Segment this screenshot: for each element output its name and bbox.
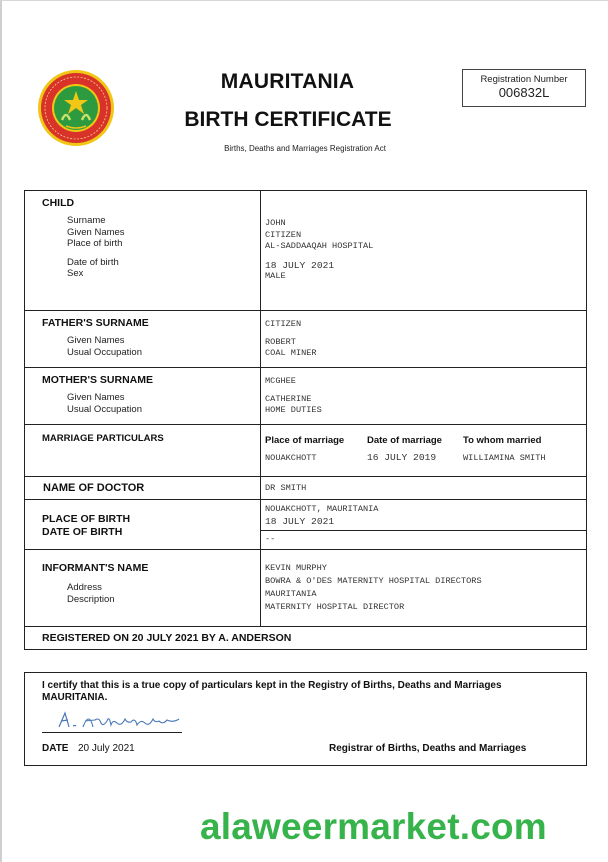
father-given-names-label: Given Names	[42, 335, 260, 347]
country-title: MAURITANIA	[180, 70, 395, 94]
marriage-spouse-value: WILLIAMINA SMITH	[463, 453, 546, 463]
father-occupation-label: Usual Occupation	[42, 347, 260, 359]
marriage-heading: MARRIAGE PARTICULARS	[42, 425, 260, 444]
doctor-value: DR SMITH	[261, 483, 586, 495]
father-section: FATHER'S SURNAME Given Names Usual Occup…	[25, 311, 586, 368]
informant-description-label: Description	[42, 594, 260, 606]
doctor-section: NAME OF DOCTOR DR SMITH	[25, 477, 586, 500]
informant-description-value: MATERNITY HOSPITAL DIRECTOR	[261, 601, 586, 614]
doctor-heading: NAME OF DOCTOR	[43, 477, 260, 494]
certification-box: I certify that this is a true copy of pa…	[24, 672, 587, 766]
date-of-birth-heading: DATE OF BIRTH	[42, 526, 260, 539]
watermark-text: alaweermarket.com	[200, 806, 547, 848]
marriage-date-header: Date of marriage	[367, 435, 442, 446]
national-seal-icon	[36, 68, 116, 148]
certification-line-2: MAURITANIA.	[42, 692, 582, 704]
father-heading: FATHER'S SURNAME	[42, 311, 260, 329]
father-surname-value: CITIZEN	[261, 319, 586, 331]
place-of-birth-heading: PLACE OF BIRTH	[42, 500, 260, 526]
mother-given-names-label: Given Names	[42, 392, 260, 404]
informant-address-line2: MAURITANIA	[261, 588, 586, 601]
marriage-date-value: 16 JULY 2019	[367, 452, 436, 463]
signature-line	[42, 732, 182, 733]
certification-text: I certify that this is a true copy of pa…	[42, 680, 582, 703]
registration-number: 006832L	[463, 85, 585, 100]
child-sex-label: Sex	[42, 268, 260, 280]
mother-section: MOTHER'S SURNAME Given Names Usual Occup…	[25, 368, 586, 425]
certification-date-value: 20 July 2021	[78, 743, 135, 754]
child-given-names-label: Given Names	[42, 227, 260, 239]
informant-name-value: KEVIN MURPHY	[261, 562, 586, 575]
mother-occupation-label: Usual Occupation	[42, 404, 260, 416]
informant-address-label: Address	[42, 582, 260, 594]
father-given-names-value: ROBERT	[261, 337, 586, 349]
marriage-place-header: Place of marriage	[265, 435, 344, 446]
certification-date-label: DATE	[42, 743, 68, 754]
informant-address-line1: BOWRA & O'DES MATERNITY HOSPITAL DIRECTO…	[261, 575, 586, 588]
birth-place-value: NOUAKCHOTT, MAURITANIA	[261, 504, 586, 516]
certification-line-1: I certify that this is a true copy of pa…	[42, 680, 582, 692]
child-section: CHILD Surname Given Names Place of birth…	[25, 191, 586, 311]
child-place-of-birth-label: Place of birth	[42, 238, 260, 250]
registration-label: Registration Number	[463, 74, 585, 85]
child-given-names-value: CITIZEN	[261, 230, 586, 242]
registered-statement: REGISTERED ON 20 JULY 2021 BY A. ANDERSO…	[25, 627, 291, 649]
birth-extra-value: --	[261, 531, 586, 546]
child-heading: CHILD	[42, 191, 260, 209]
document-title: BIRTH CERTIFICATE	[170, 108, 406, 132]
mother-given-names-value: CATHERINE	[261, 394, 586, 406]
mother-heading: MOTHER'S SURNAME	[42, 368, 260, 386]
child-surname-label: Surname	[42, 215, 260, 227]
child-date-of-birth-label: Date of birth	[42, 257, 260, 269]
place-date-of-birth-section: PLACE OF BIRTH DATE OF BIRTH NOUAKCHOTT,…	[25, 500, 586, 550]
marriage-section: MARRIAGE PARTICULARS Place of marriage D…	[25, 425, 586, 477]
child-sex-value: MALE	[261, 271, 586, 283]
registered-section: REGISTERED ON 20 JULY 2021 BY A. ANDERSO…	[25, 627, 586, 649]
birth-date-value: 18 JULY 2021	[261, 516, 586, 528]
registrar-title: Registrar of Births, Deaths and Marriage…	[329, 743, 526, 754]
mother-occupation-value: HOME DUTIES	[261, 405, 586, 417]
child-surname-value: JOHN	[261, 218, 586, 230]
father-occupation-value: COAL MINER	[261, 348, 586, 360]
informant-heading: INFORMANT'S NAME	[42, 550, 260, 574]
registration-number-box: Registration Number 006832L	[462, 69, 586, 107]
mother-surname-value: MCGHEE	[261, 376, 586, 388]
child-place-of-birth-value: AL-SADDAAQAH HOSPITAL	[261, 241, 586, 253]
act-subtitle: Births, Deaths and Marriages Registratio…	[205, 144, 405, 153]
registrar-signature	[55, 705, 185, 733]
informant-section: INFORMANT'S NAME Address Description KEV…	[25, 550, 586, 627]
certificate-table: CHILD Surname Given Names Place of birth…	[24, 190, 587, 650]
marriage-spouse-header: To whom married	[463, 435, 541, 446]
marriage-place-value: NOUAKCHOTT	[265, 453, 317, 463]
child-date-of-birth-value: 18 JULY 2021	[261, 260, 586, 272]
